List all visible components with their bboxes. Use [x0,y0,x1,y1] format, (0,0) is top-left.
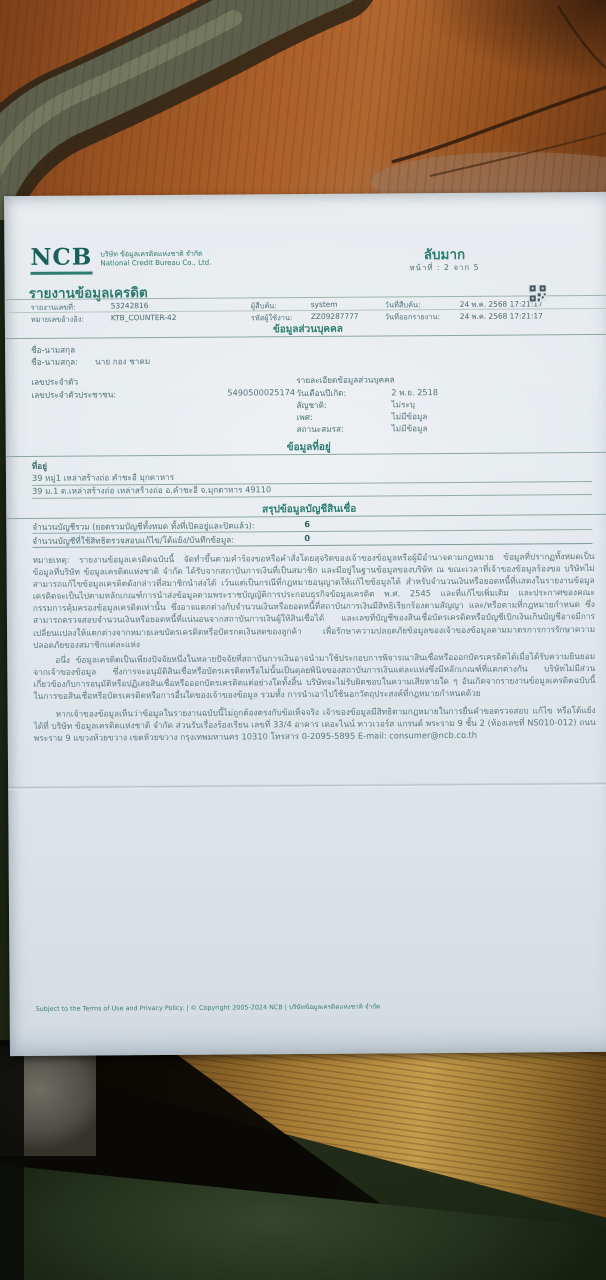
ref-no-value: KTB_COUNTER-42 [111,313,177,322]
inquirer-value: system [311,300,338,309]
wood-crack-2 [430,132,606,176]
summary-row-1-value: 6 [304,519,310,529]
photo-scene: NCB บริษัท ข้อมูลเครดิตแห่งชาติ จำกัด Na… [0,0,606,1280]
address-line-2: 39 ม.1 ต.เหล่าสร้างถ่อ เหล่าสร้างถ่อ อ.ค… [32,481,592,499]
id-header: เลขประจำตัว [31,376,78,389]
wood-crack-3 [558,6,606,68]
name-value: นาย กอง ชาคม [95,355,150,368]
ncb-logo: NCB [30,246,92,269]
company-name-en: National Credit Bureau Co., Ltd. [100,259,211,268]
note-paragraph-2: อนึ่ง ข้อมูลเครดิตเป็นเพียงปัจจัยหนึ่งใน… [33,650,595,704]
marital-value: ไม่มีข้อมูล [392,422,428,435]
wood-crack [392,86,606,162]
note-paragraph-3: หากเจ้าของข้อมูลเห็นว่าข้อมูลในรายงานฉบั… [34,704,596,746]
note-paragraph-1: หมายเหตุ: รายงานข้อมูลเครดิตฉบับนี้ จัดท… [33,550,596,652]
hand-tool-shadow [0,0,336,220]
fold-crease [8,782,606,790]
report-no-value: 53242816 [111,301,149,310]
section-address-header: ข้อมูลที่อยู่ [6,438,606,457]
dark-left-edge [0,1040,24,1280]
summary-row-1-label: จำนวนบัญชีรวม (ยอดรวมบัญชีทั้งหมด ทั้งที… [32,519,254,534]
summary-row-2-value: 0 [304,533,310,543]
hand-tool [0,0,334,220]
ncb-logo-underline [31,271,93,274]
scene-bottom [0,1040,606,1280]
detail-header: รายละเอียดข้อมูลส่วนบุคคล [296,373,394,387]
section-summary-header: สรุปข้อมูลบัญชีสินเชื่อ [6,500,606,519]
user-id-value: ZZ09287777 [311,312,359,321]
hand-tool-highlight [0,18,234,210]
page-indicator: หน้าที่ : 2 จาก 5 [364,261,524,274]
section-personal-header: ข้อมูลส่วนบุคคล [5,320,606,339]
wood-table-background [0,0,606,220]
marital-label: สถานะสมรส: [297,423,344,436]
name-label: ชื่อ-นามสกุล: [31,356,78,369]
hand-tool-and-cracks [0,0,606,220]
id-value: 5490500025174 [227,387,295,397]
summary-row-2-label: จำนวนบัญชีที่ใช้สิทธิตรวจสอบแก้ไข/โต้แย้… [32,534,234,548]
id-label: เลขประจำตัวประชาชน: [31,388,116,402]
report-footer: Subject to the Terms of Use and Privacy … [36,1002,381,1014]
qr-code-icon [529,284,547,302]
paper-sheet: NCB บริษัท ข้อมูลเครดิตแห่งชาติ จำกัด Na… [4,192,606,1056]
